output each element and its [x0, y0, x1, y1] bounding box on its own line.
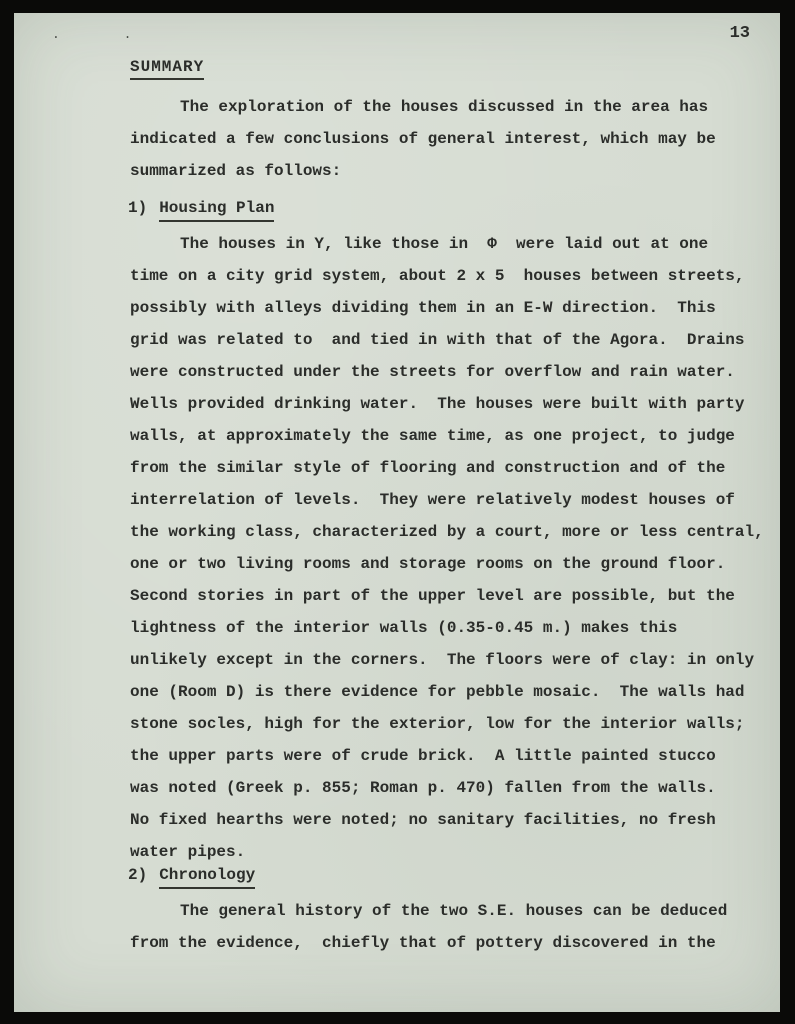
text-line: The houses in Y, like those in Φ were la…: [130, 228, 754, 260]
text-line: indicated a few conclusions of general i…: [130, 123, 750, 155]
summary-heading-text: SUMMARY: [130, 57, 204, 80]
text-line: the working class, characterized by a co…: [130, 516, 754, 548]
text-line: from the similar style of flooring and c…: [130, 452, 754, 484]
text-line: The exploration of the houses discussed …: [130, 91, 750, 123]
text-line: stone socles, high for the exterior, low…: [130, 708, 754, 740]
text-line: were constructed under the streets for o…: [130, 356, 754, 388]
text-line: the upper parts were of crude brick. A l…: [130, 740, 754, 772]
text-line: time on a city grid system, about 2 x 5 …: [130, 260, 754, 292]
text-line: interrelation of levels. They were relat…: [130, 484, 754, 516]
section-1-paragraph: The houses in Y, like those in Φ were la…: [130, 228, 754, 868]
text-line: unlikely except in the corners. The floo…: [130, 644, 754, 676]
text-line: Wells provided drinking water. The house…: [130, 388, 754, 420]
text-line: lightness of the interior walls (0.35-0.…: [130, 612, 754, 644]
section-2-paragraph: The general history of the two S.E. hous…: [130, 895, 754, 959]
section-2-header: 2)Chronology: [128, 864, 255, 889]
section-1-header: 1)Housing Plan: [128, 197, 274, 222]
text-line: one (Room D) is there evidence for pebbl…: [130, 676, 754, 708]
document-page: . . 13 SUMMARY The exploration of the ho…: [14, 13, 780, 1012]
section-1-number: 1): [128, 199, 147, 217]
text-line: No fixed hearths were noted; no sanitary…: [130, 804, 754, 836]
text-line: possibly with alleys dividing them in an…: [130, 292, 754, 324]
text-line: The general history of the two S.E. hous…: [130, 895, 754, 927]
section-2-number: 2): [128, 866, 147, 884]
text-line: one or two living rooms and storage room…: [130, 548, 754, 580]
text-line: grid was related to and tied in with tha…: [130, 324, 754, 356]
section-2-title: Chronology: [159, 864, 255, 889]
text-line: was noted (Greek p. 855; Roman p. 470) f…: [130, 772, 754, 804]
page-number: 13: [730, 23, 750, 45]
text-line: walls, at approximately the same time, a…: [130, 420, 754, 452]
text-line: summarized as follows:: [130, 155, 750, 187]
scan-specks: . .: [52, 27, 159, 42]
summary-heading: SUMMARY: [130, 57, 204, 80]
text-line: Second stories in part of the upper leve…: [130, 580, 754, 612]
intro-paragraph: The exploration of the houses discussed …: [130, 91, 750, 187]
section-1-title: Housing Plan: [159, 197, 274, 222]
text-line: from the evidence, chiefly that of potte…: [130, 927, 754, 959]
